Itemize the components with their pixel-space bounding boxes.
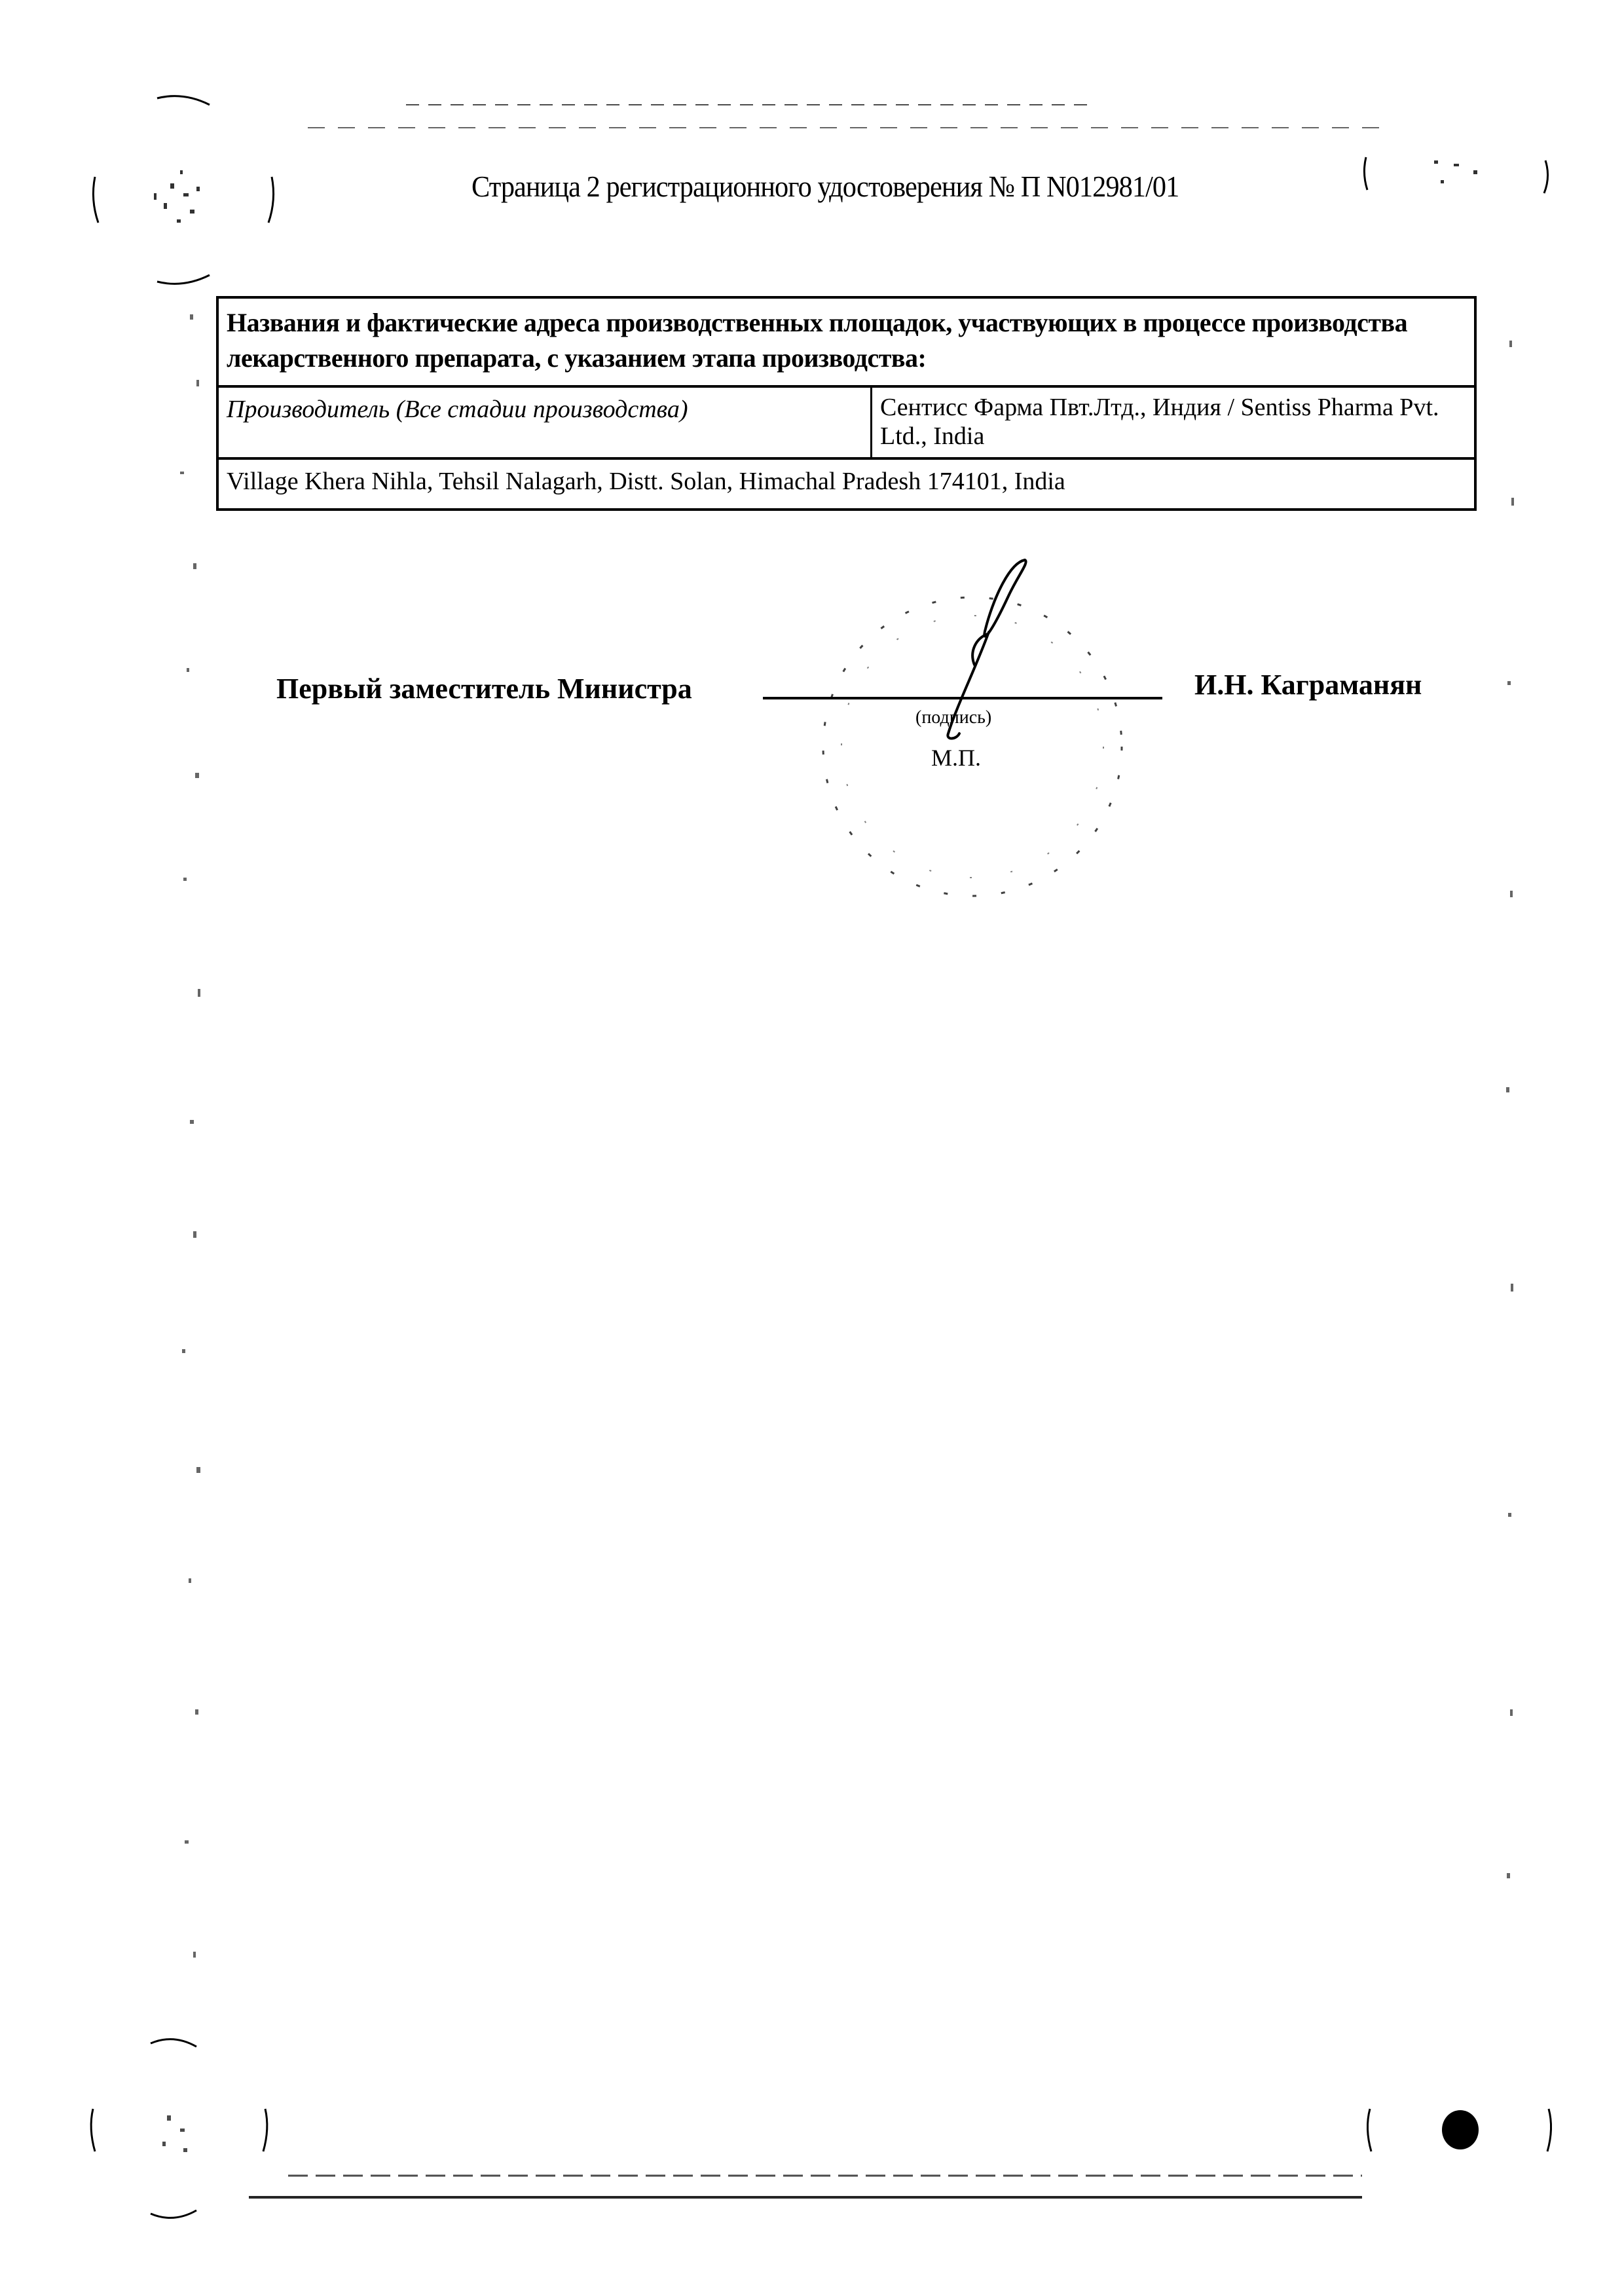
production-sites-table: Названия и фактические адреса производст…	[216, 296, 1477, 511]
right-edge-speckle	[1467, 301, 1532, 2004]
table-row: Производитель (Все стадии производства) …	[219, 388, 1474, 460]
manufacturer-cell: Сентисс Фарма Пвт.Лтд., Индия / Sentiss …	[872, 388, 1474, 457]
table-header: Названия и фактические адреса производст…	[219, 299, 1474, 388]
signature-icon	[877, 557, 1048, 740]
bottom-dashed-rule	[249, 2168, 1428, 2207]
production-stage-cell: Производитель (Все стадии производства)	[219, 388, 872, 457]
site-address-cell: Village Khera Nihla, Tehsil Nalagarh, Di…	[219, 460, 1474, 508]
filled-circle-icon	[1362, 2096, 1559, 2174]
signatory-name: И.Н. Каграманян	[1194, 668, 1422, 701]
left-edge-speckle	[118, 301, 236, 2004]
page-title: Страница 2 регистрационного удостоверени…	[0, 169, 1624, 204]
seal-icon	[85, 2030, 295, 2227]
signatory-role: Первый заместитель Министра	[276, 672, 692, 705]
top-dashed-rule	[308, 98, 1388, 138]
page-title-text: Страница 2 регистрационного удостоверени…	[471, 169, 1179, 204]
